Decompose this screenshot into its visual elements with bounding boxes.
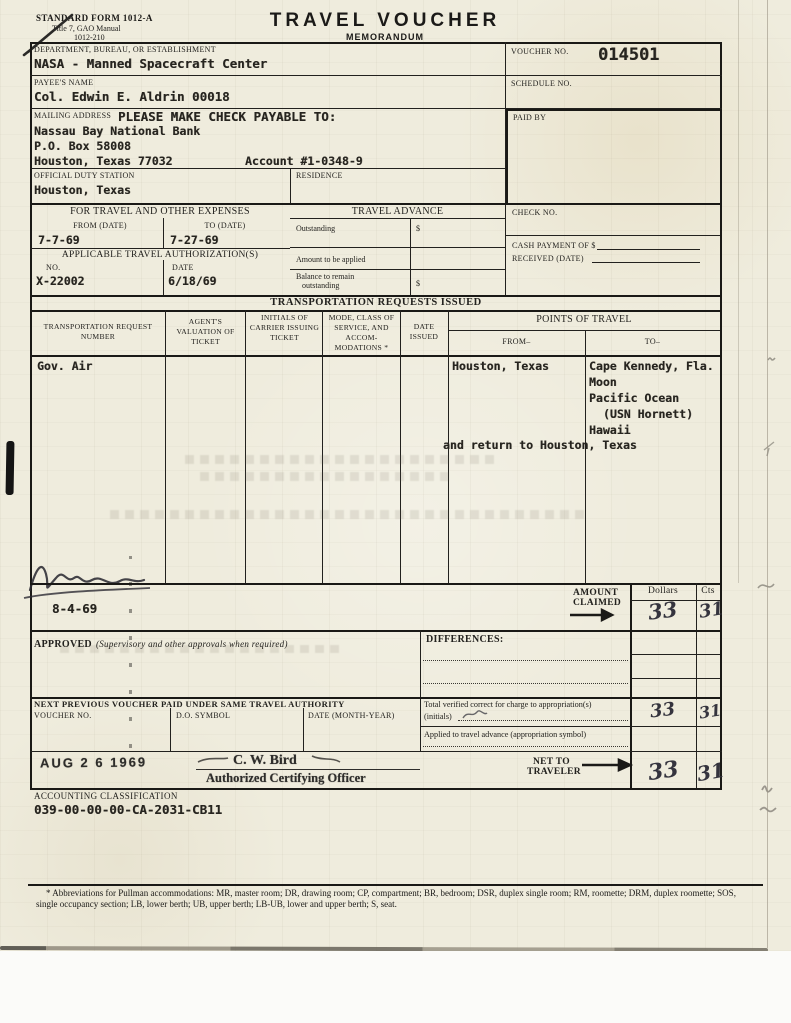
rule — [170, 708, 171, 751]
advance-outstanding-symbol: $ — [416, 224, 420, 233]
net-to-traveler-label1: NET TO — [533, 757, 570, 767]
claimed-cents-value: 31 — [698, 598, 726, 623]
accounting-classification-label: ACCOUNTING CLASSIFICATION — [34, 791, 178, 801]
mailing-line1: Nassau Bay National Bank — [34, 124, 200, 138]
rule — [630, 678, 720, 679]
mailing-line3: Houston, Texas 77032 — [34, 154, 172, 168]
paid-by-label: PAID BY — [513, 113, 546, 122]
rule — [505, 235, 720, 236]
differences-entry-line — [423, 683, 628, 684]
schedule-no-label: SCHEDULE NO. — [511, 79, 572, 88]
handwritten-signature — [22, 548, 192, 603]
check-no-label: CHECK NO. — [512, 208, 557, 217]
to-date-label: TO (DATE) — [170, 221, 280, 230]
scanner-background — [0, 951, 791, 1023]
approved-note: (Supervisory and other approvals when re… — [96, 639, 288, 649]
rule — [290, 168, 291, 203]
amount-claimed-arrow — [568, 608, 628, 622]
staple-mark — [6, 441, 15, 495]
payee-value: Col. Edwin E. Aldrin 00018 — [34, 89, 230, 104]
rule — [420, 630, 421, 752]
voucher-no-value: 014501 — [598, 45, 659, 65]
amount-claimed-label1: AMOUNT — [573, 588, 618, 598]
travel-to-line: Moon — [589, 375, 617, 389]
signature-rule — [196, 769, 420, 770]
page-title: TRAVEL VOUCHER — [245, 10, 525, 32]
differences-label: DIFFERENCES: — [426, 634, 504, 645]
auth-date-value: 6/18/69 — [168, 274, 216, 288]
paid-by-box — [506, 109, 722, 205]
net-cents-value: 31 — [695, 758, 727, 786]
transport-col2-header: AGENT'S VALUATION OF TICKET — [168, 317, 243, 347]
rule — [30, 310, 722, 312]
voucher-no-label: VOUCHER NO. — [511, 47, 569, 56]
rule — [245, 310, 246, 583]
rule — [30, 248, 290, 249]
transport-col3-header: INITIALS OF CARRIER ISSUING TICKET — [249, 313, 320, 343]
net-to-traveler-label2: TRAVELER — [527, 767, 581, 777]
to-date-value: 7-27-69 — [170, 233, 218, 247]
advance-balance-label1: Balance to remain — [296, 272, 354, 281]
transport-col1-header: TRANSPORTATION REQUEST NUMBER — [33, 322, 163, 342]
request-number-value: Gov. Air — [37, 359, 92, 373]
mailing-address-label: MAILING ADDRESS — [34, 111, 111, 120]
pullman-footnote: * Abbreviations for Pullman accommodatio… — [36, 888, 758, 910]
received-date-label: RECEIVED (DATE) — [512, 254, 584, 263]
department-label: DEPARTMENT, BUREAU, OR ESTABLISHMENT — [34, 45, 216, 54]
cents-header: Cts — [697, 586, 719, 596]
rule — [30, 630, 722, 632]
rule — [165, 310, 166, 583]
rule — [592, 262, 700, 263]
rule — [410, 218, 411, 295]
payee-label: PAYEE'S NAME — [34, 78, 93, 87]
rule — [630, 654, 720, 655]
mailing-line2: P.O. Box 58008 — [34, 139, 131, 153]
advance-applied-label: Amount to be applied — [296, 255, 366, 264]
rule — [30, 168, 505, 169]
verified-dollars-value: 33 — [649, 699, 676, 723]
transport-col4-header: MODE, CLASS OF SERVICE, AND ACCOM- MODAT… — [325, 313, 398, 353]
transport-col5-header: DATE ISSUED — [402, 322, 446, 342]
travel-to-line: Cape Kennedy, Fla. — [589, 359, 714, 373]
rule — [696, 583, 697, 788]
applied-advance-label: Applied to travel advance (appropriation… — [424, 730, 586, 739]
rule — [30, 75, 722, 76]
margin-pen-marks — [750, 150, 790, 850]
rule — [28, 884, 763, 886]
auth-date-label: DATE — [172, 263, 194, 272]
do-symbol-label: D.O. SYMBOL — [176, 711, 230, 720]
duty-station-value: Houston, Texas — [34, 183, 131, 197]
scanned-travel-voucher: STANDARD FORM 1012-A Title 7, GAO Manual… — [0, 0, 791, 1023]
dollars-header: Dollars — [632, 586, 694, 596]
applied-entry-line — [423, 746, 628, 747]
rule — [303, 708, 304, 751]
travel-advance-heading: TRAVEL ADVANCE — [290, 206, 505, 217]
points-to-header: TO– — [585, 337, 720, 346]
initials-label: (initials) — [424, 712, 452, 721]
residence-label: RESIDENCE — [296, 171, 343, 180]
from-date-value: 7-7-69 — [38, 233, 80, 247]
net-dollars-value: 33 — [646, 756, 680, 786]
rule — [30, 355, 722, 357]
rule — [30, 42, 32, 788]
from-date-label: FROM (DATE) — [45, 221, 155, 230]
rule — [290, 247, 505, 248]
fold-crease — [738, 0, 739, 583]
rule — [322, 310, 323, 583]
transport-table-heading: TRANSPORTATION REQUESTS ISSUED — [30, 297, 722, 308]
accounting-classification-value: 039-00-00-00-CA-2031-CB11 — [34, 802, 222, 817]
rule — [30, 203, 722, 205]
net-to-traveler-arrow — [580, 758, 646, 772]
rule — [163, 218, 164, 248]
verified-cents-value: 31 — [698, 700, 723, 722]
rule — [448, 330, 720, 331]
expenses-heading: FOR TRAVEL AND OTHER EXPENSES — [30, 206, 290, 217]
points-of-travel-heading: POINTS OF TRAVEL — [448, 314, 720, 325]
travel-from-value: Houston, Texas — [452, 359, 549, 373]
rule — [30, 788, 722, 790]
rule — [290, 218, 505, 219]
certifying-officer-title: Authorized Certifying Officer — [206, 771, 366, 786]
rule — [290, 269, 505, 270]
claimed-dollars-value: 33 — [647, 596, 679, 624]
department-value: NASA - Manned Spacecraft Center — [34, 56, 267, 71]
rule — [30, 583, 722, 585]
auth-no-label: NO. — [46, 263, 60, 272]
verified-label: Total verified correct for charge to app… — [424, 700, 592, 709]
advance-outstanding-label: Outstanding — [296, 224, 335, 233]
rule — [420, 726, 720, 727]
duty-station-label: OFFICIAL DUTY STATION — [34, 171, 135, 180]
advance-balance-symbol: $ — [416, 279, 420, 288]
paper-right-edge — [767, 0, 768, 948]
cash-payment-label: CASH PAYMENT OF $ — [512, 241, 596, 250]
travel-auth-heading: APPLICABLE TRAVEL AUTHORIZATION(S) — [30, 250, 290, 260]
travel-to-line: Pacific Ocean — [589, 391, 679, 405]
advance-balance-label2: outstanding — [302, 281, 339, 290]
amount-claimed-label2: CLAIMED — [573, 598, 621, 608]
differences-entry-line — [423, 660, 628, 661]
travel-return-note: and return to Houston, Texas — [443, 438, 637, 452]
points-from-header: FROM– — [448, 337, 585, 346]
page-subtitle: MEMORANDUM — [245, 32, 525, 42]
previous-voucher-heading: NEXT PREVIOUS VOUCHER PAID UNDER SAME TR… — [34, 699, 345, 709]
mailing-line0: PLEASE MAKE CHECK PAYABLE TO: — [118, 109, 336, 124]
mailing-account: Account #1-0348-9 — [245, 154, 363, 168]
date-stamp: AUG 2 6 1969 — [40, 754, 147, 770]
rule — [585, 330, 586, 583]
approved-label: APPROVED — [34, 639, 92, 650]
travel-to-line: (USN Hornett) — [603, 407, 693, 421]
travel-to-line: Hawaii — [589, 423, 631, 437]
voucher-date-value: 8-4-69 — [52, 601, 97, 616]
rule — [163, 260, 164, 295]
initials-scribble — [460, 706, 490, 722]
previous-voucher-no-label: VOUCHER NO. — [34, 711, 92, 720]
rule — [400, 310, 401, 583]
rule — [597, 249, 700, 250]
previous-date-label: DATE (MONTH-YEAR) — [308, 711, 395, 720]
auth-no-value: X-22002 — [36, 274, 84, 288]
rule — [30, 42, 722, 44]
